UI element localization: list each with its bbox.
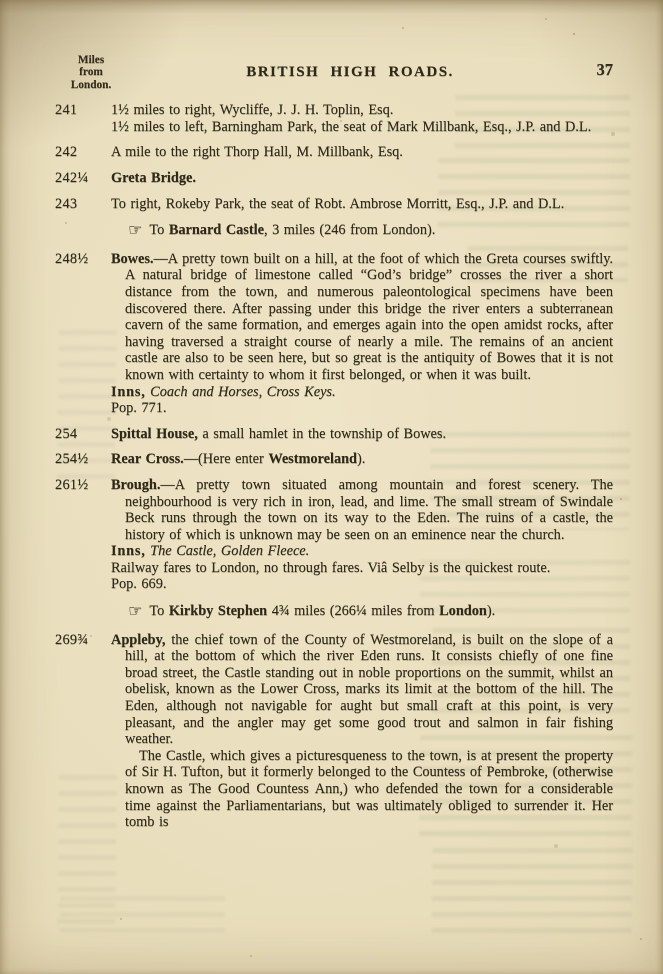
inns-label: Inns, <box>111 543 146 559</box>
show-through-texture <box>432 848 633 934</box>
miles-label-line: London. <box>55 79 127 91</box>
mile-marker: 242 <box>55 144 111 161</box>
entry-text: ). <box>357 451 365 467</box>
inn-names: Coach and Horses, Cross Keys. <box>146 384 336 400</box>
mile-marker: 243 <box>55 196 111 213</box>
entry-text: —A pretty town built on a hill, at the f… <box>125 251 613 383</box>
page-header: Miles from London. BRITISH HIGH ROADS. 3… <box>55 54 613 91</box>
inns-row: Inns, The Castle, Golden Fleece. <box>55 543 613 560</box>
mile-marker <box>55 543 111 560</box>
mile-marker <box>55 603 111 620</box>
mile-marker: 254 <box>55 426 111 443</box>
book-page: Miles from London. BRITISH HIGH ROADS. 3… <box>0 0 663 974</box>
mile-marker <box>55 222 111 239</box>
mile-marker <box>55 384 111 401</box>
inns-row: Inns, Coach and Horses, Cross Keys. <box>55 384 613 401</box>
entry-text: , 3 miles (246 from London). <box>264 222 435 238</box>
place-name: Brough. <box>111 477 160 493</box>
entry-row: 254½ Rear Cross.—(Here enter Westmorelan… <box>55 451 613 468</box>
entry-row: 241 1½ miles to right, Wycliffe, J. J. H… <box>55 102 613 119</box>
entry-row: 1½ miles to left, Barningham Park, the s… <box>55 119 613 136</box>
miles-label-line: from <box>55 66 127 78</box>
mile-marker <box>55 748 111 831</box>
entry-text: To <box>149 603 168 619</box>
page-title: BRITISH HIGH ROADS. <box>127 54 573 81</box>
place-name: Spittal House, <box>111 426 198 442</box>
population-text: Pop. 669. <box>111 576 166 592</box>
entry-row: 242 A mile to the right Thorp Hall, M. M… <box>55 144 613 161</box>
population-row: Pop. 771. <box>55 400 613 417</box>
entry-text: To right, Rokeby Park, the seat of Robt.… <box>111 196 564 212</box>
manicule-icon: ☞ <box>128 601 149 620</box>
mile-marker: 248½ <box>55 251 111 384</box>
foxing-specks <box>0 0 2 2</box>
entry-row: The Castle, which gives a picturesquenes… <box>55 748 613 831</box>
miles-label-line: Miles <box>55 54 127 66</box>
population-row: Pop. 669. <box>55 576 613 593</box>
entry-row: 261½ Brough.—A pretty town situated amon… <box>55 477 613 543</box>
mile-marker <box>55 576 111 593</box>
place-name: Greta Bridge. <box>111 170 196 186</box>
railway-fares-text: Railway fares to London, no through fare… <box>111 560 550 576</box>
entry-row: 248½ Bowes.—A pretty town built on a hil… <box>55 251 613 384</box>
place-name: Kirkby Stephen <box>169 603 267 619</box>
entry-text: the chief town of the County of Westmore… <box>125 632 613 748</box>
cross-reference-row: ☞To Kirkby Stephen 4¾ miles (266¼ miles … <box>55 603 613 620</box>
inns-label: Inns, <box>111 384 146 400</box>
entry-text: ). <box>487 603 495 619</box>
entry-row: 242¼ Greta Bridge. <box>55 170 613 187</box>
place-name: Rear Cross. <box>111 451 184 467</box>
entry-text: The Castle, which gives a picturesquenes… <box>125 748 613 830</box>
entry-row: 269¾ Appleby, the chief town of the Coun… <box>55 632 613 748</box>
inn-names: The Castle, Golden Fleece. <box>146 543 310 559</box>
place-name: Barnard Castle <box>169 222 264 238</box>
population-text: Pop. 771. <box>111 400 166 416</box>
mile-marker: 261½ <box>55 477 111 543</box>
mile-marker <box>55 560 111 577</box>
entry-text: —A pretty town situated among mountain a… <box>125 477 613 543</box>
miles-from-london-label: Miles from London. <box>55 54 127 91</box>
mile-marker: 242¼ <box>55 170 111 187</box>
page-number: 37 <box>573 54 613 79</box>
entry-row: 243 To right, Rokeby Park, the seat of R… <box>55 196 613 213</box>
entry-text: A mile to the right Thorp Hall, M. Millb… <box>111 144 403 160</box>
place-name: Appleby, <box>111 632 165 648</box>
county-name: Westmoreland <box>268 451 357 467</box>
place-name: Bowes. <box>111 251 154 267</box>
entry-row: 254 Spittal House, a small hamlet in the… <box>55 426 613 443</box>
mile-marker: 269¾ <box>55 632 111 748</box>
mile-marker: 241 <box>55 102 111 119</box>
entry-text: 4¾ miles (266¼ miles from <box>267 603 439 619</box>
entry-text: a small hamlet in the township of Bowes. <box>198 426 446 442</box>
railway-fares-row: Railway fares to London, no through fare… <box>55 560 613 577</box>
entry-text: 1½ miles to right, Wycliffe, J. J. H. To… <box>111 102 393 118</box>
show-through-texture <box>60 896 225 932</box>
page-content: Miles from London. BRITISH HIGH ROADS. 3… <box>55 46 613 831</box>
cross-reference-row: ☞To Barnard Castle, 3 miles (246 from Lo… <box>55 222 613 239</box>
mile-marker <box>55 400 111 417</box>
entry-text: —(Here enter <box>184 451 269 467</box>
entry-text: 1½ miles to left, Barningham Park, the s… <box>111 119 591 135</box>
place-name: London <box>439 603 487 619</box>
manicule-icon: ☞ <box>128 220 149 239</box>
mile-marker: 254½ <box>55 451 111 468</box>
entry-text: To <box>149 222 168 238</box>
mile-marker <box>55 119 111 136</box>
